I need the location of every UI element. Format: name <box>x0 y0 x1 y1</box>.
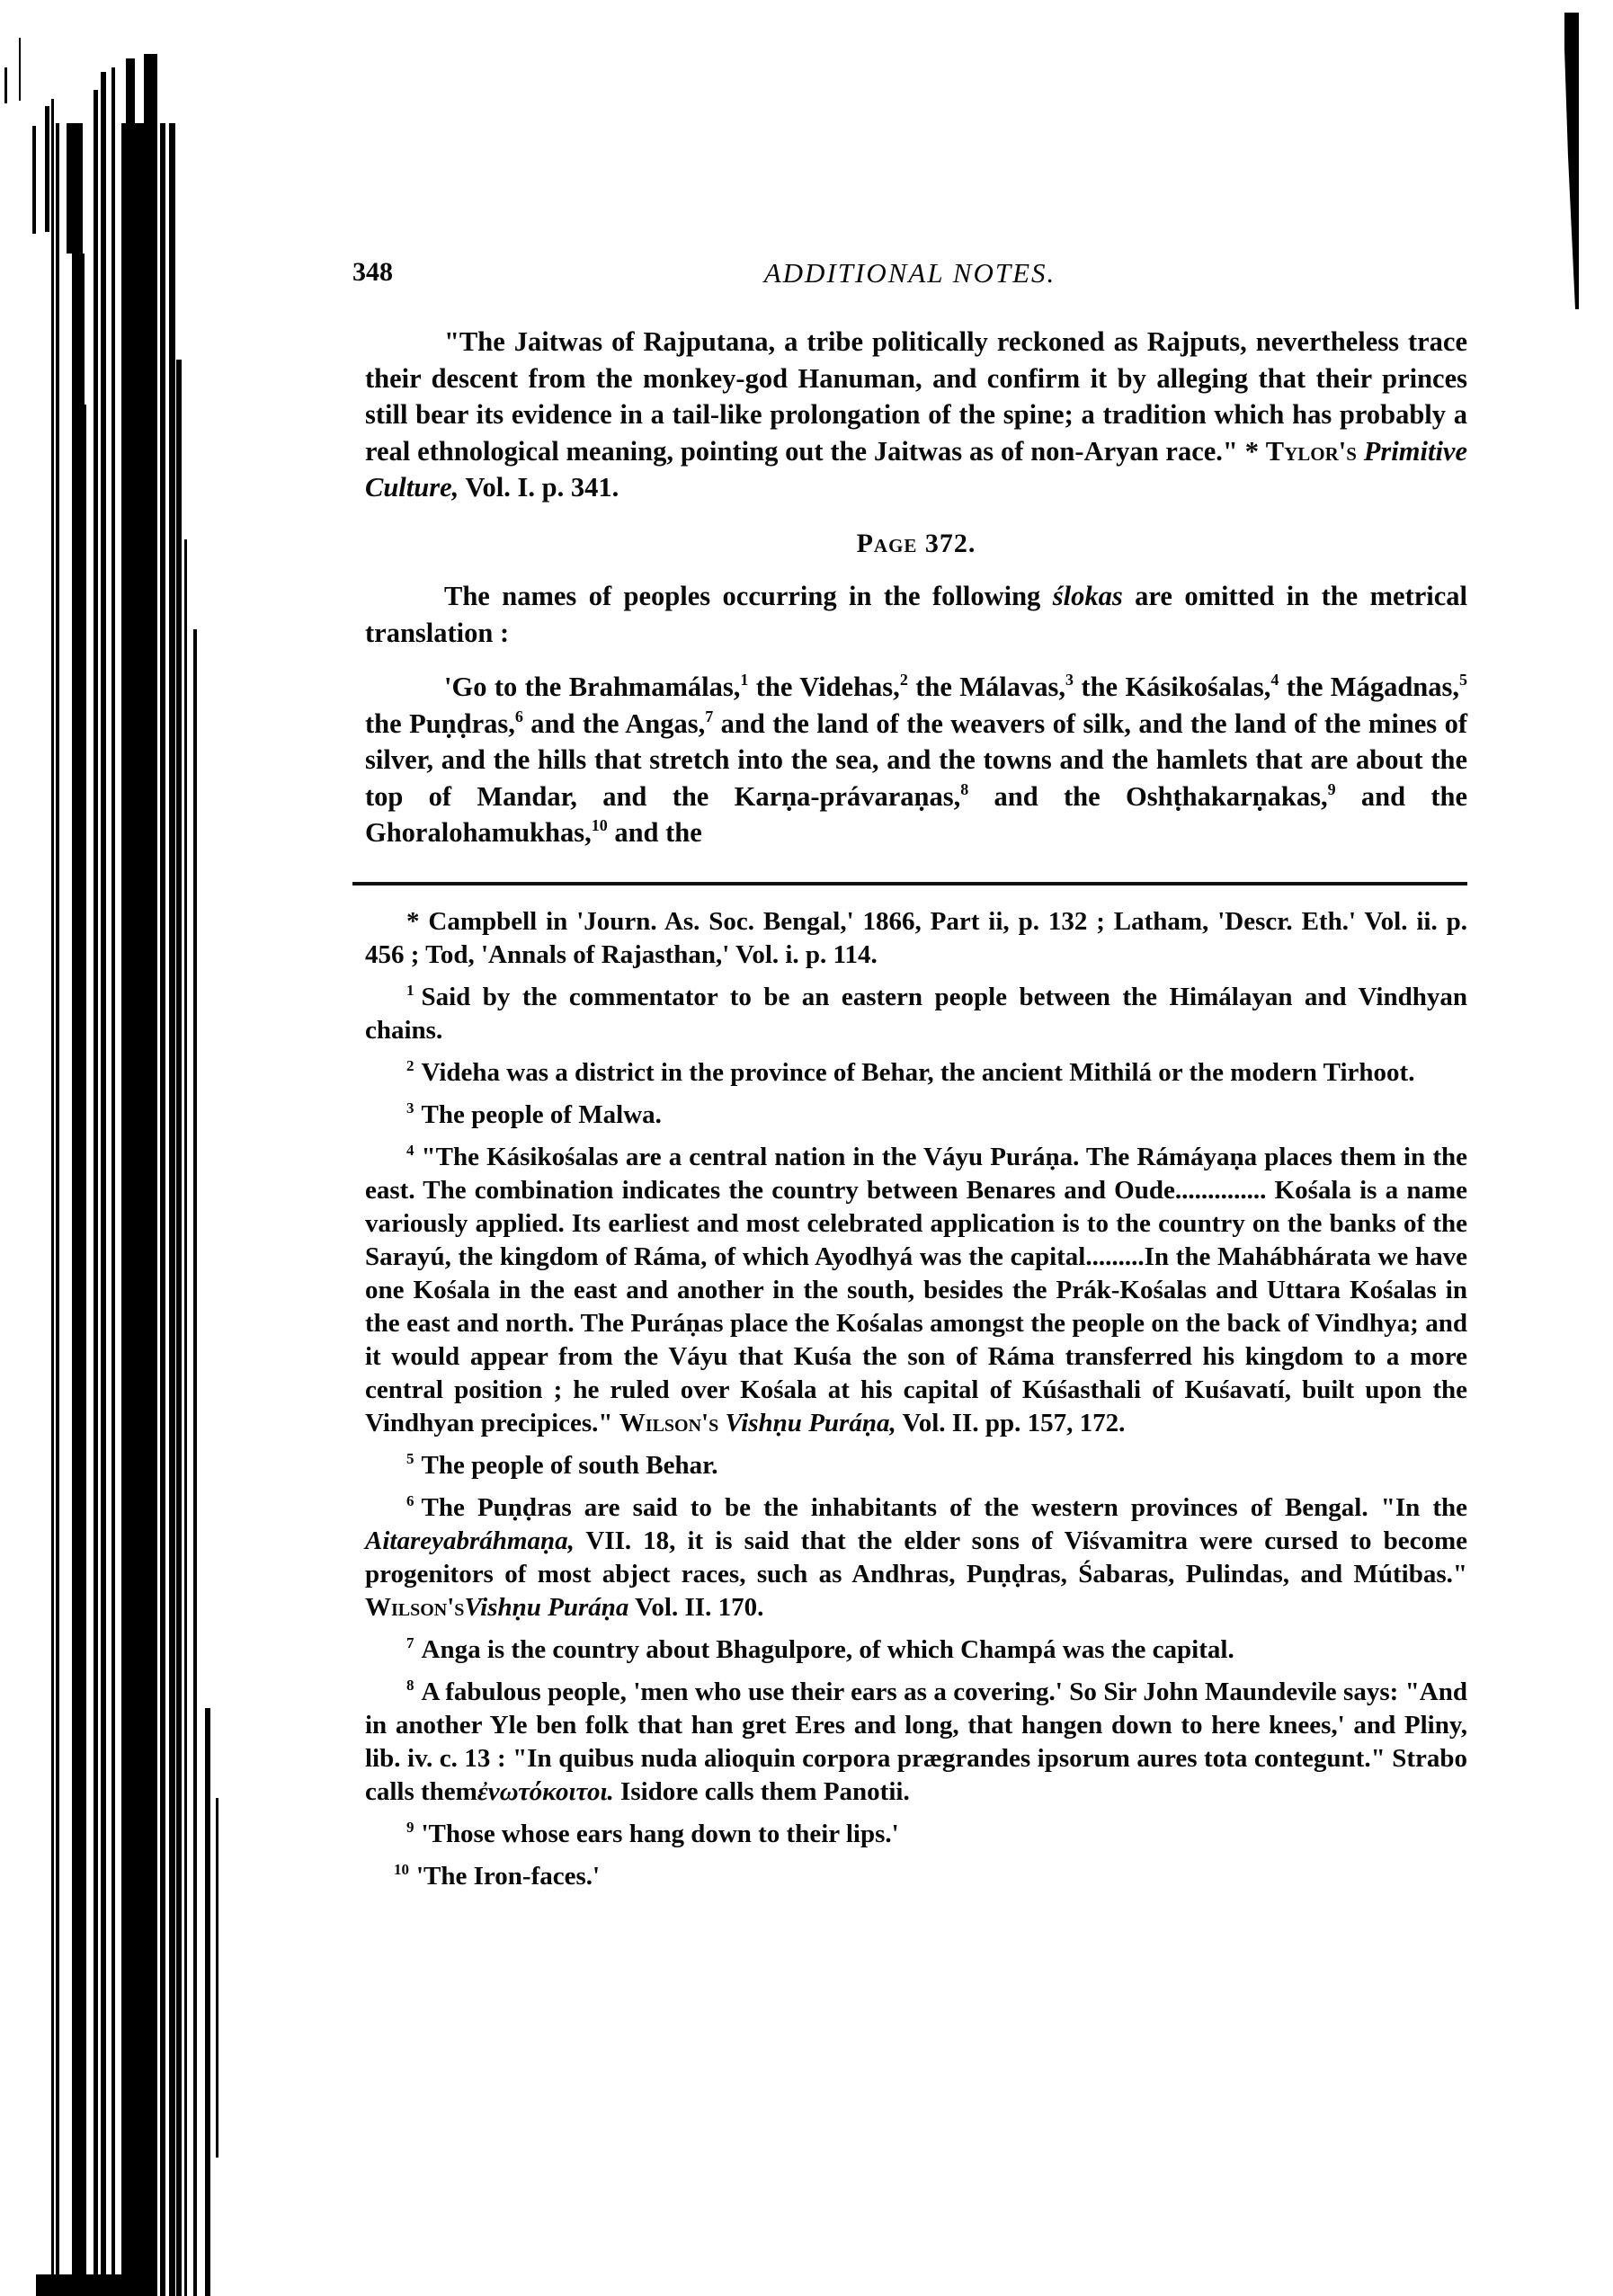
footnote-text: The people of Malwa. <box>422 1100 662 1129</box>
footnote-mark: 8 <box>406 1677 414 1694</box>
footnote-text: 'The Iron-faces.' <box>416 1862 600 1891</box>
footnote-mark: 6 <box>406 1492 414 1509</box>
footnote-ref: 10 <box>592 816 608 834</box>
scan-edge-artifact-left <box>0 0 234 2296</box>
section-heading: Page 372. <box>365 526 1467 563</box>
footnote-divider <box>352 882 1467 885</box>
intro-term: ślokas <box>1053 581 1123 611</box>
footnote-ref: 4 <box>1270 671 1279 689</box>
footnote-ref: 3 <box>1065 671 1074 689</box>
footnote-ref: 2 <box>900 671 908 689</box>
footnote-text: The people of south Behar. <box>422 1451 718 1480</box>
footnote-mark: 1 <box>406 982 414 999</box>
book-page: 348 ADDITIONAL NOTES. "The Jaitwas of Ra… <box>352 257 1467 1902</box>
footnote-7: 7Anga is the country about Bhagulpore, o… <box>365 1633 1467 1667</box>
footnote-ref: 7 <box>705 707 713 725</box>
footnote-title: Aitareyabráhmaṇa, <box>365 1526 575 1555</box>
footnote-1: 1Said by the commentator to be an easter… <box>365 981 1467 1047</box>
footnote-mark: 5 <box>406 1450 414 1467</box>
footnote-3: 3The people of Malwa. <box>365 1099 1467 1132</box>
page-header: 348 ADDITIONAL NOTES. <box>352 257 1467 300</box>
passage-segment: and the <box>608 817 702 848</box>
citation-rest: Vol. II. 170. <box>635 1593 763 1622</box>
footnote-text: "The Kásikośalas are a central nation in… <box>365 1143 1467 1437</box>
footnote-mark: 9 <box>406 1819 414 1836</box>
footnote-ref: 8 <box>960 780 968 798</box>
sloka-passage: 'Go to the Brahmamálas,1 the Videhas,2 t… <box>365 669 1467 851</box>
citation-title: Vishṇu Puráṇa <box>464 1593 628 1622</box>
passage-segment: the Mágadnas, <box>1279 672 1459 702</box>
footnote-6: 6The Puṇḍras are said to be the inhabita… <box>365 1491 1467 1624</box>
top-quote-paragraph: "The Jaitwas of Rajputana, a tribe polit… <box>365 324 1467 506</box>
running-title: ADDITIONAL NOTES. <box>352 257 1467 289</box>
citation-author: Wilson's <box>619 1409 718 1437</box>
footnote-ref-star: * <box>1245 436 1259 467</box>
passage-segment: the Kásikośalas, <box>1074 672 1270 702</box>
footnote-mark: 10 <box>394 1861 409 1878</box>
footnote-mark: 7 <box>406 1634 414 1651</box>
footnote-star: * Campbell in 'Journ. As. Soc. Bengal,' … <box>365 905 1467 972</box>
footnote-5: 5The people of south Behar. <box>365 1449 1467 1482</box>
citation-author: Tylor's <box>1266 436 1357 467</box>
section-intro: The names of peoples occurring in the fo… <box>365 578 1467 651</box>
passage-segment: the Puṇḍras, <box>365 708 515 739</box>
footnote-4: 4"The Kásikośalas are a central nation i… <box>365 1141 1467 1440</box>
passage-segment: and the Oshṭhakarṇakas, <box>968 781 1327 812</box>
passage-segment: 'Go to the Brahmamálas, <box>444 672 740 702</box>
footnote-text: 'Those whose ears hang down to their lip… <box>422 1820 899 1848</box>
citation-author: Wilson's <box>365 1593 464 1622</box>
footnote-text: The Puṇḍras are said to be the inhabitan… <box>422 1493 1468 1522</box>
footnote-8: 8A fabulous people, 'men who use their e… <box>365 1676 1467 1809</box>
footnote-text: Anga is the country about Bhagulpore, of… <box>422 1635 1234 1664</box>
main-text: "The Jaitwas of Rajputana, a tribe polit… <box>352 324 1467 851</box>
citation-title: Vishṇu Puráṇa, <box>725 1409 896 1437</box>
footnote-10: 10'The Iron-faces.' <box>365 1860 1467 1893</box>
footnote-mark: * <box>406 907 420 936</box>
footnote-mark: 4 <box>406 1142 414 1159</box>
footnote-text: Videha was a district in the province of… <box>422 1058 1415 1087</box>
footnote-ref: 5 <box>1459 671 1467 689</box>
footnote-text: Campbell in 'Journ. As. Soc. Bengal,' 18… <box>365 907 1467 969</box>
footnote-text: Isidore calls them Panotii. <box>620 1777 910 1806</box>
passage-segment: and the Angas, <box>523 708 705 739</box>
intro-text: The names of peoples occurring in the fo… <box>444 581 1040 611</box>
footnotes: * Campbell in 'Journ. As. Soc. Bengal,' … <box>352 905 1467 1893</box>
citation-rest: Vol. II. pp. 157, 172. <box>902 1409 1125 1437</box>
footnote-2: 2Videha was a district in the province o… <box>365 1056 1467 1090</box>
footnote-text: Said by the commentator to be an eastern… <box>365 983 1467 1045</box>
footnote-ref: 6 <box>515 707 523 725</box>
scan-edge-artifact-right <box>1563 13 1579 309</box>
footnote-mark: 3 <box>406 1099 414 1117</box>
footnote-ref: 1 <box>740 671 748 689</box>
passage-segment: the Málavas, <box>908 672 1065 702</box>
greek-term: ἐνωτόκοιτοι. <box>477 1777 614 1806</box>
passage-segment: the Videhas, <box>748 672 899 702</box>
footnote-mark: 2 <box>406 1057 414 1074</box>
citation-rest: Vol. I. p. 341. <box>465 472 619 503</box>
footnote-9: 9'Those whose ears hang down to their li… <box>365 1818 1467 1851</box>
footnote-ref: 9 <box>1328 780 1336 798</box>
